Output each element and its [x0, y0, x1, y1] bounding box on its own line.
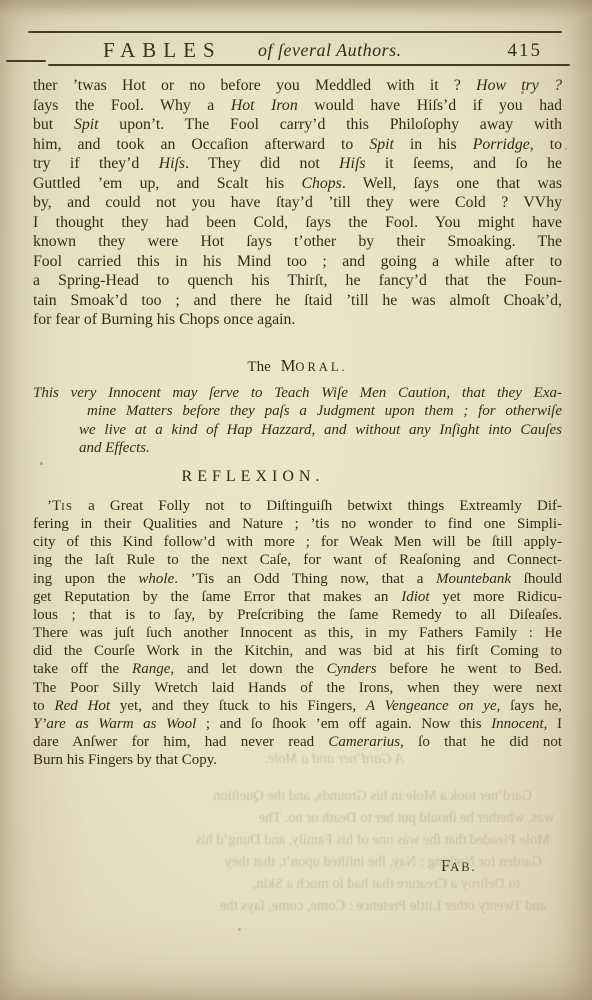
- text-segment: Burn his Fingers by that Copy.: [33, 752, 217, 768]
- text-segment: take off the: [33, 661, 132, 677]
- text-segment: How try ?: [476, 77, 562, 94]
- text-segment: There was juſt ſuch another Innocent as …: [33, 625, 562, 641]
- reflexion-paragraph: ’Tis a Great Folly not to Diſtinguiſh be…: [33, 497, 562, 769]
- text-segment: ſays the Fool. Why a: [33, 97, 231, 114]
- text-segment: to: [33, 698, 54, 714]
- text-segment: Hiſs: [159, 155, 185, 172]
- text-line: Burn his Fingers by that Copy.: [33, 751, 562, 769]
- text-segment: The Poor Silly Wretch laid Hands of the …: [33, 680, 562, 696]
- text-segment: Spit: [369, 136, 394, 153]
- header-rule-top: [28, 31, 562, 33]
- text-segment: yet, and they ſtuck to his Fingers,: [110, 698, 366, 714]
- text-segment: him, and took an Occaſion afterward to: [33, 136, 369, 153]
- text-segment: lous ; that is to ſay, by Preſcribing th…: [33, 607, 562, 623]
- text-segment: ing upon the: [33, 571, 138, 587]
- text-segment: but: [33, 116, 74, 133]
- text-segment: by, and could not you have ſtay’d ’till …: [33, 194, 562, 211]
- text-segment: did the Courſe Work in the Kitchin, and …: [33, 643, 562, 659]
- text-segment: , ſays he,: [497, 698, 562, 714]
- book-page: FABLES of ſeveral Authors. 415 ther ’twa…: [0, 0, 592, 1000]
- bleedthrough-text: A Gard’ner and a Mole.Gard’ner took a Mo…: [34, 748, 554, 917]
- text-segment: yet more Ridicu-: [430, 589, 562, 605]
- text-line: to Deſtroy a Creature that had ſo much a…: [34, 873, 554, 895]
- header-rule-bottom: [48, 64, 570, 66]
- text-line: but Spit upon’t. The Fool carry’d this P…: [33, 115, 562, 135]
- text-segment: This very Innocent may ſerve to Teach Wi…: [33, 385, 562, 401]
- text-line: known they were Hot ſays t’other by thei…: [33, 232, 562, 252]
- text-segment: A Vengeance on ye: [366, 698, 497, 714]
- text-segment: fering in their Qualities and Nature ; ’…: [33, 516, 562, 532]
- text-line: tain Smoak’d too ; and there he ſtaid ’t…: [33, 291, 562, 311]
- text-segment: mine Matters before they paſs a Judgment…: [87, 403, 562, 419]
- text-segment: was, whether he ſhould put her to Death …: [259, 810, 554, 826]
- text-segment: try if they’d: [33, 155, 159, 172]
- text-segment: in his: [394, 136, 473, 153]
- text-segment: Mole Pleaded that ſhe was one of his Fam…: [196, 832, 550, 848]
- text-line: was, whether he ſhould put her to Death …: [34, 807, 554, 829]
- text-line: Fool carried this in his Mind too ; and …: [33, 252, 562, 272]
- text-line: by, and could not you have ſtay’d ’till …: [33, 193, 562, 213]
- ink-speckle: [565, 148, 567, 150]
- text-segment: Chops: [301, 175, 341, 192]
- text-segment: Y’are as Warm as Wool: [33, 716, 196, 732]
- book-title-caps: FABLES: [103, 38, 222, 63]
- text-segment: , to: [530, 136, 562, 153]
- text-segment: city of this Kind follow’d with more ; f…: [33, 534, 562, 550]
- text-segment: and Twenty other Little Pretence : Come,…: [220, 898, 546, 914]
- text-segment: tain Smoak’d too ; and there he ſtaid ’t…: [33, 292, 562, 309]
- text-segment: ’T: [47, 498, 61, 514]
- text-segment: whole: [138, 571, 174, 587]
- text-segment: Fool carried this in his Mind too ; and …: [33, 253, 562, 270]
- text-line: ſays the Fool. Why a Hot Iron would have…: [33, 96, 562, 116]
- text-line: This very Innocent may ſerve to Teach Wi…: [33, 384, 562, 402]
- text-line: get Reputation by the ſame Error that ma…: [33, 588, 562, 606]
- text-segment: Spit: [74, 116, 99, 133]
- reflexion-heading: REFLEXION.: [33, 468, 473, 486]
- catchword-initial: F: [441, 856, 450, 875]
- text-segment: Garden for Nothing : Nay, ſhe inſiſted u…: [225, 854, 542, 870]
- text-segment: , I: [544, 716, 562, 732]
- text-segment: a Spring-Head to quench his Thirſt, he f…: [33, 272, 562, 289]
- ink-speckle: [40, 462, 43, 465]
- running-header: FABLES of ſeveral Authors. 415: [0, 38, 592, 64]
- text-segment: ing the laſt Rule to the next Caſe, for …: [33, 552, 562, 568]
- text-segment: for fear of Burning his Chops once again…: [33, 311, 295, 328]
- text-segment: dare Anſwer for him, had never read: [33, 734, 328, 750]
- text-segment: it ſeems, and ſo he: [365, 155, 562, 172]
- catchword-smallcaps: AB.: [450, 860, 477, 874]
- text-segment: get Reputation by the ſame Error that ma…: [33, 589, 401, 605]
- book-title-italic: of ſeveral Authors.: [258, 40, 402, 61]
- text-segment: ſhould: [511, 571, 562, 587]
- text-line: try if they’d Hiſs. They did not Hiſs it…: [33, 154, 562, 174]
- text-segment: Cynders: [327, 661, 377, 677]
- text-segment: Hot Iron: [231, 97, 298, 114]
- text-segment: a Great Folly not to Diſtinguiſh betwixt…: [73, 498, 562, 514]
- text-segment: Idiot: [401, 589, 429, 605]
- text-segment: to Deſtroy a Creature that had ſo much a…: [253, 876, 520, 892]
- text-segment: Camerarius: [328, 734, 400, 750]
- text-line: to Red Hot yet, and they ſtuck to his Fi…: [33, 697, 562, 715]
- text-line: a Spring-Head to quench his Thirſt, he f…: [33, 271, 562, 291]
- text-line: ing upon the whole. ’Tis an Odd Thing no…: [33, 570, 562, 588]
- text-segment: ; and ſo ſhook ’em off again. Now this: [196, 716, 491, 732]
- page-number: 415: [508, 40, 543, 62]
- text-segment: Hiſs: [339, 155, 365, 172]
- text-line: dare Anſwer for him, had never read Came…: [33, 733, 562, 751]
- text-segment: , ſo that he did not: [400, 734, 562, 750]
- text-segment: . Well, ſays one that was: [342, 175, 562, 192]
- text-line: Guttled ’em up, and Scalt his Chops. Wel…: [33, 174, 562, 194]
- text-segment: before he went to Bed.: [377, 661, 562, 677]
- text-line: fering in their Qualities and Nature ; ’…: [33, 515, 562, 533]
- text-segment: would have Hiſs’d if you had: [298, 97, 562, 114]
- text-segment: Mountebank: [436, 571, 511, 587]
- text-line: and Twenty other Little Pretence : Come,…: [34, 895, 554, 917]
- moral-heading-smallcaps: ORAL.: [295, 360, 347, 374]
- text-segment: Porridge: [473, 136, 530, 153]
- text-line: take off the Range, and let down the Cyn…: [33, 660, 562, 678]
- text-segment: Range: [132, 661, 170, 677]
- moral-heading-the: The: [247, 359, 270, 375]
- text-line: ’Tis a Great Folly not to Diſtinguiſh be…: [33, 497, 562, 515]
- text-line: mine Matters before they paſs a Judgment…: [33, 402, 562, 420]
- text-line: Gard’ner took a Mole in his Grounds, and…: [34, 785, 554, 807]
- text-segment: I thought they had been Cold, ſays the F…: [33, 214, 562, 231]
- ink-speckle: [238, 928, 241, 931]
- text-segment: we live at a kind of Hap Hazzard, and wi…: [79, 422, 562, 438]
- moral-paragraph: This very Innocent may ſerve to Teach Wi…: [33, 384, 562, 458]
- text-segment: . They did not: [185, 155, 339, 172]
- text-line: him, and took an Occaſion afterward to S…: [33, 135, 562, 155]
- text-line: and Effects.: [33, 439, 562, 457]
- catchword: FAB.: [441, 856, 477, 876]
- text-line: ing the laſt Rule to the next Caſe, for …: [33, 551, 562, 569]
- text-line: Mole Pleaded that ſhe was one of his Fam…: [34, 829, 554, 851]
- text-segment: , and let down the: [170, 661, 326, 677]
- text-segment: is: [61, 498, 73, 514]
- text-segment: Red Hot: [54, 698, 110, 714]
- header-rule-dash: [6, 60, 46, 62]
- text-segment: Gard’ner took a Mole in his Grounds, and…: [213, 788, 532, 804]
- text-line: for fear of Burning his Chops once again…: [33, 310, 562, 330]
- moral-heading: The MORAL.: [33, 351, 562, 378]
- text-line: ther ’twas Hot or no before you Meddled …: [33, 76, 562, 96]
- text-segment: and Effects.: [79, 440, 150, 456]
- text-line: we live at a kind of Hap Hazzard, and wi…: [33, 421, 562, 439]
- text-segment: Innocent: [491, 716, 543, 732]
- fable-paragraph: ther ’twas Hot or no before you Meddled …: [33, 76, 562, 330]
- text-line: Y’are as Warm as Wool ; and ſo ſhook ’em…: [33, 715, 562, 733]
- text-segment: . ’Tis an Odd Thing now, that a: [174, 571, 436, 587]
- scan-edge-shading: [0, 0, 592, 16]
- text-line: did the Courſe Work in the Kitchin, and …: [33, 642, 562, 660]
- text-line: I thought they had been Cold, ſays the F…: [33, 213, 562, 233]
- text-segment: Guttled ’em up, and Scalt his: [33, 175, 301, 192]
- text-line: city of this Kind follow’d with more ; f…: [33, 533, 562, 551]
- text-segment: known they were Hot ſays t’other by thei…: [33, 233, 562, 250]
- moral-heading-initial: M: [281, 356, 296, 375]
- text-line: lous ; that is to ſay, by Preſcribing th…: [33, 606, 562, 624]
- text-line: The Poor Silly Wretch laid Hands of the …: [33, 679, 562, 697]
- text-line: There was juſt ſuch another Innocent as …: [33, 624, 562, 642]
- text-segment: ther ’twas Hot or no before you Meddled …: [33, 77, 476, 94]
- text-segment: upon’t. The Fool carry’d this Philoſophy…: [99, 116, 562, 133]
